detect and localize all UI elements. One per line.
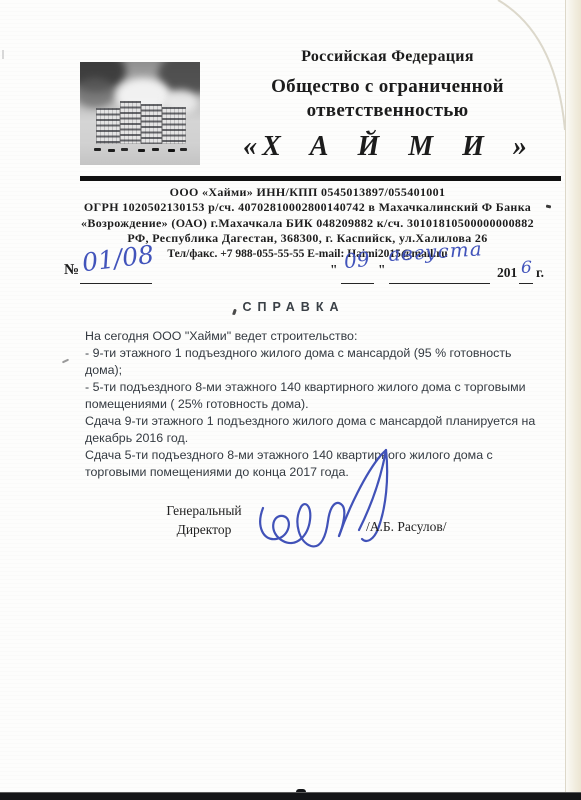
requisites-line: ООО «Хайми» ИНН/КПП 0545013897/055401001 [55, 185, 560, 200]
logo-building-tower [141, 104, 162, 144]
signature-ink [255, 446, 435, 564]
signer-position: Генеральный Директор [164, 501, 244, 539]
logo-building-tower [120, 101, 141, 144]
date-close-quote: " [378, 262, 386, 278]
document-title: СПРАВКА [0, 300, 581, 314]
signer-position-line-2: Директор [164, 520, 244, 539]
date-month-underline [389, 262, 490, 284]
date-year-suffix: г. [536, 265, 544, 281]
company-name: «Х А Й М И » [215, 131, 560, 163]
scan-tick-mark [62, 359, 69, 364]
body-paragraph: На сегодня ООО "Хайми" ведет строительст… [85, 328, 540, 345]
scanned-document-page: Российская Федерация Общество с ограниче… [0, 0, 581, 800]
logo-ground [80, 142, 200, 165]
date-open-quote: " [330, 262, 338, 278]
date-day-handwritten: 09 [343, 247, 371, 274]
requisites-line: «Возрождение» (ОАО) г.Махачкала БИК 0482… [55, 216, 560, 231]
scan-edge-mark [2, 50, 4, 59]
body-paragraph: - 5-ти подъездного 8-ми этажного 140 ква… [85, 379, 540, 413]
company-logo-building-image [80, 62, 200, 165]
date-year-digit-handwritten: 6 [521, 258, 532, 278]
scan-bottom-edge [0, 792, 581, 800]
body-paragraph: Сдача 9-ти этажного 1 подъездного жилого… [85, 413, 540, 447]
signer-name: /А.Б. Расулов/ [366, 519, 446, 535]
logo-building-wing [162, 107, 186, 144]
logo-parked-cars [94, 148, 101, 151]
scan-page-corner-curve [470, 0, 581, 132]
logo-building-wing [96, 108, 120, 144]
body-paragraph: - 9-ти этажного 1 подъездного жилого дом… [85, 345, 540, 379]
number-label: № [64, 262, 79, 279]
signer-position-line-1: Генеральный [164, 501, 244, 520]
logo-dark-cloud [80, 78, 116, 108]
requisites-line: ОГРН 1020502130153 р/сч. 407028100028001… [55, 200, 560, 215]
date-year-printed: 201 [497, 265, 517, 281]
letterhead-divider-rule [80, 176, 561, 181]
